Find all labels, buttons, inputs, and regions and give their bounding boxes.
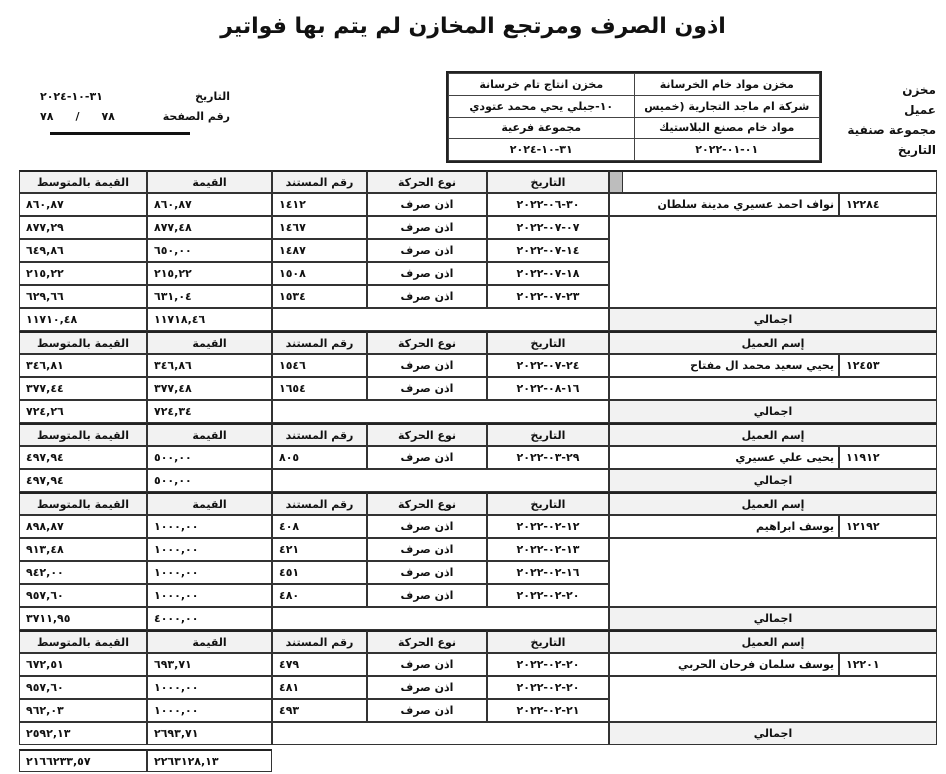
avg-value-cell: ٩٤٢,٠٠ [19, 561, 147, 584]
column-header-date: التاريخ [487, 630, 609, 653]
doc-no-cell[interactable]: ١٤٦٧ [272, 216, 367, 239]
column-header-date: التاريخ [487, 492, 609, 515]
customer-name[interactable]: نواف احمد عسيري مدينة سلطان [609, 193, 839, 216]
date-cell: ٢٠-٠٢-٢٠٢٢ [487, 676, 609, 699]
customer-name-header: إسم العميل [609, 630, 937, 653]
date-cell: ١٦-٠٨-٢٠٢٢ [487, 377, 609, 400]
total-avg-value: ٧٢٤,٢٦ [19, 400, 147, 423]
total-label: اجمالي [609, 400, 937, 423]
total-label: اجمالي [609, 607, 937, 630]
column-header-value: القيمة [147, 423, 272, 446]
grand-total-value: ٢٢٦٣١٢٨,١٣ [147, 749, 272, 772]
marker-block [610, 172, 623, 192]
total-spacer [272, 469, 609, 492]
avg-value-cell: ٦٧٢,٥١ [19, 653, 147, 676]
customer-header-blank [609, 170, 937, 193]
value-cell: ٦٩٣,٧١ [147, 653, 272, 676]
filter-from-warehouse: مخزن مواد خام الخرسانة [634, 74, 820, 96]
value-cell: ٥٠٠,٠٠ [147, 446, 272, 469]
move-type-cell: اذن صرف [367, 676, 487, 699]
customer-name[interactable]: يحيى علي عسيري [609, 446, 839, 469]
value-cell: ٨٧٧,٤٨ [147, 216, 272, 239]
value-cell: ٨٦٠,٨٧ [147, 193, 272, 216]
value-cell: ١٠٠٠,٠٠ [147, 561, 272, 584]
customer-code: ١٢٢٠١ [839, 653, 937, 676]
doc-no-cell[interactable]: ١٥٤٦ [272, 354, 367, 377]
doc-no-cell[interactable]: ٨٠٥ [272, 446, 367, 469]
meta-page-total: ٧٨ [40, 110, 53, 123]
customer-name[interactable]: يوسف ابراهيم [609, 515, 839, 538]
date-cell: ٣٠-٠٦-٢٠٢٢ [487, 193, 609, 216]
doc-no-cell[interactable]: ١٦٥٤ [272, 377, 367, 400]
value-cell: ٣٤٦,٨٦ [147, 354, 272, 377]
avg-value-cell: ٦٤٩,٨٦ [19, 239, 147, 262]
column-header-value: القيمة [147, 630, 272, 653]
column-header-move-type: نوع الحركة [367, 630, 487, 653]
avg-value-cell: ٨٧٧,٢٩ [19, 216, 147, 239]
column-header-date: التاريخ [487, 170, 609, 193]
date-cell: ٠٧-٠٧-٢٠٢٢ [487, 216, 609, 239]
doc-no-cell[interactable]: ٤٨٠ [272, 584, 367, 607]
avg-value-cell: ٣٤٦,٨١ [19, 354, 147, 377]
doc-no-cell[interactable]: ١٥٠٨ [272, 262, 367, 285]
label-item-group: مجموعة صنفية [826, 120, 936, 140]
filter-to-customer: ١٠-جبلي يحي محمد عتودي [449, 95, 635, 117]
customer-code: ١١٩١٢ [839, 446, 937, 469]
doc-no-cell[interactable]: ٤٨١ [272, 676, 367, 699]
filter-to-group: مجموعة فرعية [449, 117, 635, 139]
customer-blank-area [609, 216, 937, 308]
total-spacer [272, 308, 609, 331]
date-cell: ٢٤-٠٧-٢٠٢٢ [487, 354, 609, 377]
avg-value-cell: ٩٥٧,٦٠ [19, 676, 147, 699]
column-header-doc-no: رقم المستند [272, 331, 367, 354]
filter-from-date: ٠١-٠١-٢٠٢٢ [634, 139, 820, 161]
column-header-doc-no: رقم المستند [272, 170, 367, 193]
column-header-move-type: نوع الحركة [367, 331, 487, 354]
total-value: ٤٠٠٠,٠٠ [147, 607, 272, 630]
date-cell: ١٨-٠٧-٢٠٢٢ [487, 262, 609, 285]
customer-name-header: إسم العميل [609, 331, 937, 354]
column-header-avg-value: القيمة بالمتوسط [19, 423, 147, 446]
total-avg-value: ١١٧١٠,٤٨ [19, 308, 147, 331]
meta-page-current: ٧٨ [101, 110, 114, 123]
date-cell: ١٤-٠٧-٢٠٢٢ [487, 239, 609, 262]
filter-table: مخزن انتاج تام خرسانة مخزن مواد خام الخر… [446, 71, 822, 163]
label-warehouse: مخزن [826, 80, 936, 100]
date-cell: ٢٠-٠٢-٢٠٢٢ [487, 584, 609, 607]
avg-value-cell: ٨٩٨,٨٧ [19, 515, 147, 538]
report-title: اذون الصرف ومرتجع المخازن لم يتم بها فوا… [0, 14, 946, 39]
total-avg-value: ٢٥٩٢,١٣ [19, 722, 147, 745]
move-type-cell: اذن صرف [367, 377, 487, 400]
value-cell: ٣٧٧,٤٨ [147, 377, 272, 400]
column-header-move-type: نوع الحركة [367, 492, 487, 515]
value-cell: ١٠٠٠,٠٠ [147, 676, 272, 699]
avg-value-cell: ٩٥٧,٦٠ [19, 584, 147, 607]
doc-no-cell[interactable]: ١٤٨٧ [272, 239, 367, 262]
customer-name[interactable]: يوسف سلمان فرحان الحربي [609, 653, 839, 676]
move-type-cell: اذن صرف [367, 354, 487, 377]
column-header-move-type: نوع الحركة [367, 170, 487, 193]
filter-from-group: مواد خام مصنع البلاستيك [634, 117, 820, 139]
doc-no-cell[interactable]: ١٥٣٤ [272, 285, 367, 308]
total-label: اجمالي [609, 308, 937, 331]
customer-code: ١٢١٩٢ [839, 515, 937, 538]
value-cell: ١٠٠٠,٠٠ [147, 538, 272, 561]
column-header-value: القيمة [147, 170, 272, 193]
column-header-date: التاريخ [487, 331, 609, 354]
column-header-avg-value: القيمة بالمتوسط [19, 630, 147, 653]
move-type-cell: اذن صرف [367, 561, 487, 584]
meta-page-label: رقم الصفحة [163, 110, 230, 123]
customer-code: ١٢٤٥٣ [839, 354, 937, 377]
avg-value-cell: ٢١٥,٢٢ [19, 262, 147, 285]
column-header-doc-no: رقم المستند [272, 492, 367, 515]
doc-no-cell[interactable]: ٤٥١ [272, 561, 367, 584]
total-avg-value: ٤٩٧,٩٤ [19, 469, 147, 492]
total-spacer [272, 722, 609, 745]
move-type-cell: اذن صرف [367, 653, 487, 676]
meta-underline [50, 132, 190, 135]
move-type-cell: اذن صرف [367, 285, 487, 308]
meta-page-separator: / [75, 110, 79, 123]
column-header-date: التاريخ [487, 423, 609, 446]
date-cell: ١٢-٠٢-٢٠٢٢ [487, 515, 609, 538]
date-cell: ١٦-٠٢-٢٠٢٢ [487, 561, 609, 584]
avg-value-cell: ٤٩٧,٩٤ [19, 446, 147, 469]
move-type-cell: اذن صرف [367, 216, 487, 239]
column-header-avg-value: القيمة بالمتوسط [19, 492, 147, 515]
column-header-avg-value: القيمة بالمتوسط [19, 331, 147, 354]
date-cell: ٢٠-٠٢-٢٠٢٢ [487, 653, 609, 676]
column-header-value: القيمة [147, 492, 272, 515]
report-meta: التاريخ ٣١-١٠-٢٠٢٤ رقم الصفحة ٧٨ / ٧٨ [40, 86, 230, 126]
column-header-doc-no: رقم المستند [272, 630, 367, 653]
move-type-cell: اذن صرف [367, 699, 487, 722]
column-header-avg-value: القيمة بالمتوسط [19, 170, 147, 193]
value-cell: ١٠٠٠,٠٠ [147, 515, 272, 538]
total-avg-value: ٣٧١١,٩٥ [19, 607, 147, 630]
customer-blank-area [609, 538, 937, 607]
meta-date-label: التاريخ [195, 90, 230, 103]
doc-no-cell[interactable]: ٤٧٩ [272, 653, 367, 676]
filter-from-customer: شركة ام ماجد التجارية (خميس [634, 95, 820, 117]
move-type-cell: اذن صرف [367, 584, 487, 607]
value-cell: ١٠٠٠,٠٠ [147, 584, 272, 607]
customer-blank-area [609, 676, 937, 722]
total-value: ١١٧١٨,٤٦ [147, 308, 272, 331]
total-label: اجمالي [609, 469, 937, 492]
total-spacer [272, 607, 609, 630]
customer-code: ١٢٢٨٤ [839, 193, 937, 216]
move-type-cell: اذن صرف [367, 239, 487, 262]
filter-to-warehouse: مخزن انتاج تام خرسانة [449, 74, 635, 96]
doc-no-cell[interactable]: ٤٠٨ [272, 515, 367, 538]
column-header-value: القيمة [147, 331, 272, 354]
doc-no-cell[interactable]: ١٤١٢ [272, 193, 367, 216]
date-cell: ٢١-٠٢-٢٠٢٢ [487, 699, 609, 722]
move-type-cell: اذن صرف [367, 446, 487, 469]
doc-no-cell[interactable]: ٤٢١ [272, 538, 367, 561]
avg-value-cell: ٣٧٧,٤٤ [19, 377, 147, 400]
doc-no-cell[interactable]: ٤٩٣ [272, 699, 367, 722]
move-type-cell: اذن صرف [367, 538, 487, 561]
value-cell: ١٠٠٠,٠٠ [147, 699, 272, 722]
date-cell: ١٣-٠٢-٢٠٢٢ [487, 538, 609, 561]
customer-name-header: إسم العميل [609, 423, 937, 446]
move-type-cell: اذن صرف [367, 193, 487, 216]
customer-name[interactable]: يحيي سعيد محمد ال مفتاح [609, 354, 839, 377]
column-header-doc-no: رقم المستند [272, 423, 367, 446]
total-value: ٥٠٠,٠٠ [147, 469, 272, 492]
date-cell: ٢٩-٠٣-٢٠٢٢ [487, 446, 609, 469]
move-type-cell: اذن صرف [367, 262, 487, 285]
customer-blank-area [609, 377, 937, 400]
grand-total-avg-value: ٢١٦٦٢٣٣,٥٧ [19, 749, 147, 772]
total-label: اجمالي [609, 722, 937, 745]
meta-date-value: ٣١-١٠-٢٠٢٤ [40, 90, 103, 103]
filter-labels: مخزن عميل مجموعة صنفية التاريخ [826, 80, 936, 160]
label-date: التاريخ [826, 140, 936, 160]
avg-value-cell: ٦٢٩,٦٦ [19, 285, 147, 308]
customer-name-header: إسم العميل [609, 492, 937, 515]
avg-value-cell: ٨٦٠,٨٧ [19, 193, 147, 216]
value-cell: ٢١٥,٢٢ [147, 262, 272, 285]
total-value: ٢٦٩٣,٧١ [147, 722, 272, 745]
date-cell: ٢٣-٠٧-٢٠٢٢ [487, 285, 609, 308]
move-type-cell: اذن صرف [367, 515, 487, 538]
total-value: ٧٢٤,٣٤ [147, 400, 272, 423]
column-header-move-type: نوع الحركة [367, 423, 487, 446]
value-cell: ٦٣١,٠٤ [147, 285, 272, 308]
total-spacer [272, 400, 609, 423]
label-customer: عميل [826, 100, 936, 120]
value-cell: ٦٥٠,٠٠ [147, 239, 272, 262]
avg-value-cell: ٩١٣,٤٨ [19, 538, 147, 561]
filter-to-date: ٣١-١٠-٢٠٢٤ [449, 139, 635, 161]
avg-value-cell: ٩٦٢,٠٣ [19, 699, 147, 722]
